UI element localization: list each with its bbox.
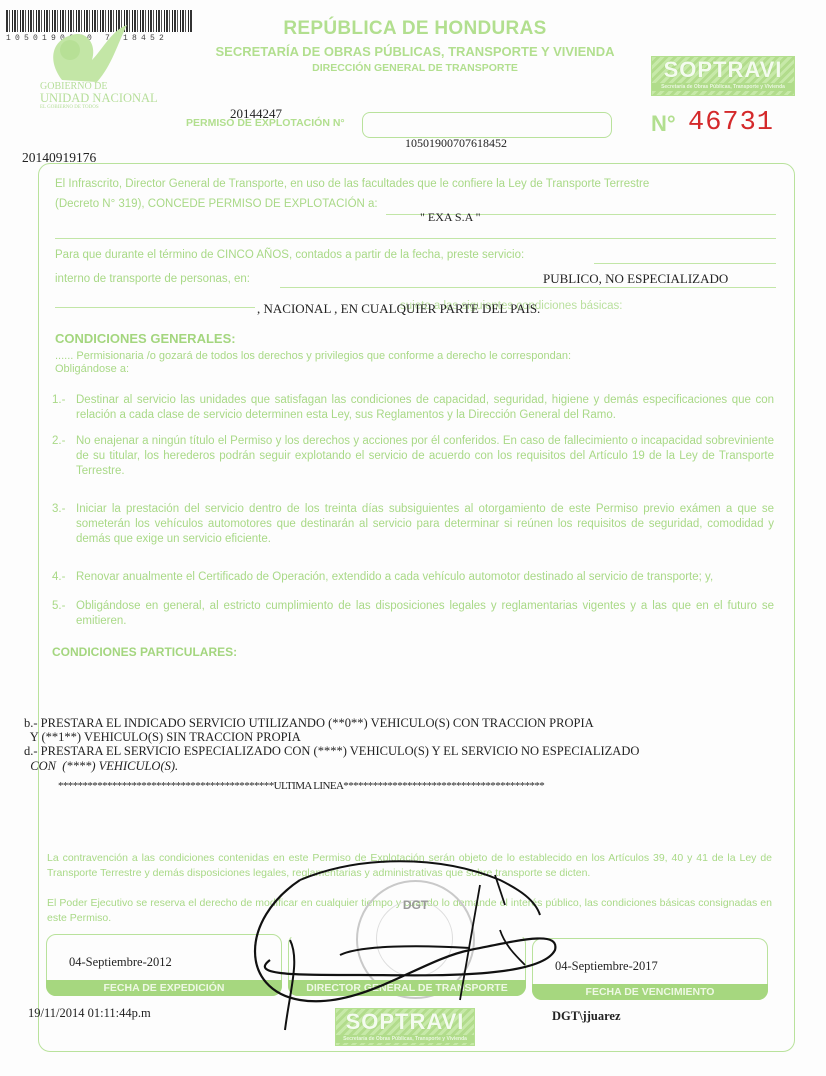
condition-5: 5.-Obligándose en general, al estricto c… [52,599,774,629]
directorate-title: DIRECCIÓN GENERAL DE TRANSPORTE [200,62,630,74]
particular-line-b: b.- PRESTARA EL INDICADO SERVICIO UTILIZ… [24,716,594,730]
expiry-date-box: 04-Septiembre-2017 FECHA DE VENCIMIENTO [532,938,768,1000]
condition-4: 4.-Renovar anualmente el Certificado de … [52,570,774,585]
government-logo-text: GOBIERNO DE UNIDAD NACIONAL EL GOBIERNO … [40,82,158,110]
condition-3: 3.-Iniciar la prestación del servicio de… [52,502,774,547]
condition-2: 2.-No enajenar a ningún título el Permis… [52,434,774,479]
director-label: DIRECTOR GENERAL DE TRANSPORTE [288,980,526,996]
expiry-date-label: FECHA DE VENCIMIENTO [532,984,768,1000]
particular-line-b2: Y (**1**) VEHICULO(S) SIN TRACCION PROPI… [24,730,301,744]
intro-line-1: El Infrascrito, Director General de Tran… [55,178,649,190]
permit-typed-bottom: 10501900707618452 [405,136,507,151]
particular-line-d: d.- PRESTARA EL SERVICIO ESPECIALIZADO C… [24,744,639,758]
document-number: 46731 [688,108,774,138]
document-number-label: N° [651,111,676,137]
printed-timestamp: 19/11/2014 01:11:44p.m [28,1006,151,1021]
particular-conditions-title: CONDICIONES PARTICULARES: [52,645,237,659]
intro-line-2: (Decreto N° 319), CONCEDE PERMISO DE EXP… [55,198,378,210]
grantee-name: " EXA S.A " [420,210,480,225]
permit-number-label: PERMISO DE EXPLOTACIÓN N° [186,117,345,129]
general-intro-2: Obligándose a: [55,363,129,375]
issue-date: 04-Septiembre-2012 [69,955,172,970]
service-type: PUBLICO, NO ESPECIALIZADO [543,271,728,287]
country-title: REPÚBLICA DE HONDURAS [200,18,630,40]
ministry-title: SECRETARÍA DE OBRAS PÚBLICAS, TRANSPORTE… [180,44,650,59]
particular-line-d2: CON (****) VEHICULO(S). [24,759,178,773]
director-box: DIRECTOR GENERAL DE TRANSPORTE [288,934,526,996]
service-line: interno de transporte de personas, en: [55,273,250,285]
last-line-marker: ****************************************… [58,779,544,793]
general-conditions-title: CONDICIONES GENERALES: [55,331,236,346]
expiry-date: 04-Septiembre-2017 [555,959,658,974]
issue-date-label: FECHA DE EXPEDICIÓN [46,980,282,996]
issue-date-box: 04-Septiembre-2012 FECHA DE EXPEDICIÓN [46,934,282,996]
service-scope: , NACIONAL , EN CUALQUIER PARTE DEL PAIS… [257,301,540,317]
government-logo-icon [42,20,137,90]
soptravi-logo: SOPTRAVI Secretaría de Obras Públicas, T… [651,56,795,96]
contravention-text: La contravención a las condiciones conte… [47,851,772,881]
user-id: DGT\jjuarez [552,1009,621,1024]
permit-number-field [362,112,612,138]
condition-1: 1.-Destinar al servicio las unidades que… [52,393,774,423]
soptravi-footer-logo: SOPTRAVI Secretaría de Obras Públicas, T… [335,1008,475,1046]
general-intro-1: ...... Permisionaria /o gozará de todos … [55,350,571,362]
term-line: Para que durante el término de CINCO AÑO… [55,249,524,261]
